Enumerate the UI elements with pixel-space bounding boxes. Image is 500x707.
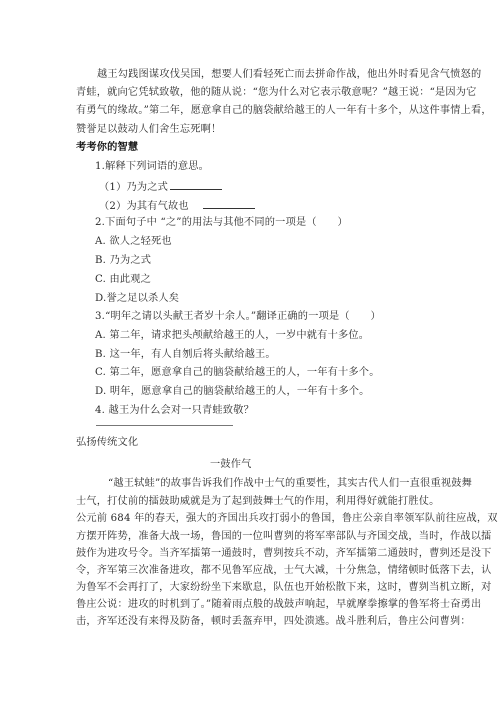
question-2-option-b[interactable]: B. 乃为之式	[95, 254, 151, 267]
question-2-option-a[interactable]: A. 欲人之轻死也	[95, 235, 172, 248]
culture-title: 一鼓作气	[210, 458, 252, 471]
section-title: 考考你的智慧	[76, 141, 138, 154]
question-4-answer-line[interactable]	[96, 425, 233, 426]
question-3-prompt: 3.“明年之请以头献王者岁十余人。”翻译正确的一项是（ ）	[95, 310, 381, 323]
answer-blank-2[interactable]	[203, 198, 255, 209]
passage-line: 青蛙，就向它凭轼致敬，他的随从说：“您为什么对它表示敬意呢？”越王说：“是因为它	[76, 86, 477, 99]
question-1-item-1: （1）乃为之式	[99, 179, 222, 194]
answer-blank-1[interactable]	[170, 179, 222, 190]
question-2-option-d[interactable]: D.誉之足以杀人矣	[95, 292, 179, 305]
question-3-option-d[interactable]: D. 明年，愿意拿自己的脑袋献给越王的人，一年有十多个。	[95, 385, 370, 398]
culture-line: 士气，打仗前的擂鼓助威就是为了起到鼓舞士气的作用，利用得好就能打胜仗。	[76, 495, 440, 508]
question-1-item-2: （2）为其有气故也	[99, 198, 255, 213]
culture-line: 为鲁军不会再打了，大家纷纷坐下来歇息，队伍也开始松散下来，这时，曹刿当机立断，对	[76, 581, 492, 594]
culture-line: 令，齐军第三次准备进攻，都不见鲁军应战，士气大减，十分焦急，情绪顿时低落下去，认	[76, 564, 492, 577]
document-page: 越王勾践图谋攻伐吴国，想要人们看轻死亡而去拼命作战，他出外时看见含气愤怒的 青蛙…	[0, 0, 500, 707]
passage-line: 赞誉足以鼓动人们舍生忘死啊！	[76, 123, 221, 136]
question-1-item-1-label: （1）乃为之式	[99, 182, 168, 193]
question-3-option-a[interactable]: A. 第二年，请求把头颅献给越王的人，一岁中就有十多位。	[95, 329, 369, 342]
question-3-option-b[interactable]: B. 这一年，有人自刎后将头献给越王。	[95, 348, 276, 361]
culture-line: 公元前 684 年的春天，强大的齐国出兵攻打弱小的鲁国，鲁庄公亲自率领军队前往应…	[76, 512, 498, 525]
culture-line: 鲁庄公说：进攻的时机到了。”随着雨点般的战鼓声响起，早就摩拳擦掌的鲁军将士奋勇出	[76, 598, 481, 611]
question-1-item-2-label: （2）为其有气故也	[99, 201, 189, 212]
culture-line: 方摆开阵势，准备大战一场，鲁国的一位叫曹刿的将军率部队与齐国交战，当时，作战以擂	[76, 530, 492, 543]
question-1-prompt: 1.解释下列词语的意思。	[95, 160, 209, 173]
question-4-prompt: 4. 越王为什么会对一只青蛙致敬？	[95, 404, 254, 417]
passage-line: 有勇气的缘故。”第二年，愿意拿自己的脑袋献给越王的人一年有十多个，从这件事情上看…	[76, 104, 492, 117]
culture-line: 击，齐军还没有来得及防备，顿时丢盔弃甲，四处溃逃。战斗胜利后，鲁庄公问曹刿：	[76, 615, 471, 628]
passage-line: 越王勾践图谋攻伐吴国，想要人们看轻死亡而去拼命作战，他出外时看见含气愤怒的	[97, 68, 481, 81]
culture-heading: 弘扬传统文化	[76, 436, 138, 449]
question-2-prompt: 2.下面句子中 “之”的用法与其他不同的一项是（ ）	[95, 216, 348, 229]
culture-line: 鼓作为进攻号令。当齐军擂第一通鼓时，曹刿按兵不动，齐军擂第二通鼓时，曹刿还是没下	[76, 547, 492, 560]
culture-line: “越王轼蛙”的故事告诉我们作战中士气的重要性，其实古代人们一直很重视鼓舞	[108, 477, 472, 490]
question-3-option-c[interactable]: C. 第二年，愿意拿自己的脑袋献给越王的人，一年有十多个。	[95, 366, 380, 379]
question-2-option-c[interactable]: C. 由此观之	[95, 273, 151, 286]
